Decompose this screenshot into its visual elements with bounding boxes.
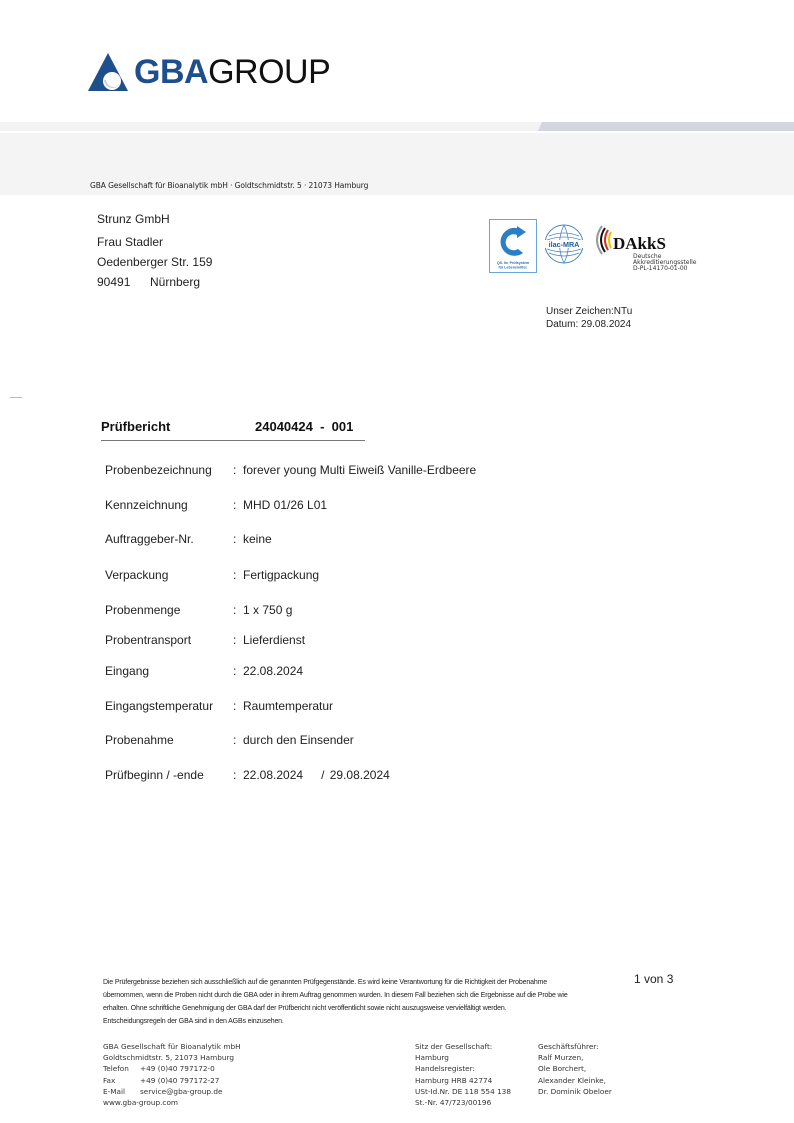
field-value-start: 22.08.2024 xyxy=(243,768,303,782)
field-value: Raumtemperatur xyxy=(243,699,333,713)
svg-text:D-PL-14170-01-00: D-PL-14170-01-00 xyxy=(633,265,688,272)
field-probentransport: Probentransport:Lieferdienst xyxy=(105,633,305,647)
footer-website-link[interactable]: www.gba-group.com xyxy=(103,1097,241,1108)
recipient-company: Strunz GmbH xyxy=(97,212,212,235)
recipient-contact: Frau Stadler xyxy=(97,235,212,255)
field-value: Fertigpackung xyxy=(243,568,319,582)
field-value-end: 29.08.2024 xyxy=(330,768,390,782)
recipient-zip: 90491 xyxy=(97,275,150,290)
field-verpackung: Verpackung:Fertigpackung xyxy=(105,568,319,582)
field-value: forever young Multi Eiweiß Vanille-Erdbe… xyxy=(243,463,476,477)
header-band-accent xyxy=(538,122,794,131)
field-value: 1 x 750 g xyxy=(243,603,292,617)
logo-brand-light: GROUP xyxy=(208,53,330,91)
report-number: 24040424 - 001 xyxy=(255,419,353,434)
field-pruefbeginn-ende: Prüfbeginn / -ende:22.08.2024/ 29.08.202… xyxy=(105,768,390,782)
document-date: Datum: 29.08.2024 xyxy=(546,318,632,331)
field-probenbezeichnung: Probenbezeichnung:forever young Multi Ei… xyxy=(105,463,476,477)
field-eingang: Eingang:22.08.2024 xyxy=(105,664,303,678)
field-value: Lieferdienst xyxy=(243,633,305,647)
qs-certification-logo: QS. Ihr Prüfsystem für Lebensmittel. xyxy=(489,219,537,273)
recipient-street: Oedenberger Str. 159 xyxy=(97,255,212,275)
footer-registry-info: Sitz der Gesellschaft: Hamburg Handelsre… xyxy=(415,1041,511,1108)
recipient-city: Nürnberg xyxy=(150,275,200,289)
svg-text:DAkkS: DAkkS xyxy=(613,234,666,253)
svg-text:QS. Ihr Prüfsystem: QS. Ihr Prüfsystem xyxy=(497,261,529,265)
sender-return-address: GBA Gesellschaft für Bioanalytik mbH · G… xyxy=(90,181,368,190)
footer-phone: +49 (0)40 797172-0 xyxy=(140,1064,215,1073)
field-value: MHD 01/26 L01 xyxy=(243,498,327,512)
ilac-globe-icon: ilac-MRA xyxy=(543,222,585,266)
field-value: 22.08.2024 xyxy=(243,664,303,678)
reference-block: Unser Zeichen:NTu Datum: 29.08.2024 xyxy=(546,305,632,331)
svg-text:für Lebensmittel.: für Lebensmittel. xyxy=(499,266,528,270)
qs-arrow-icon: QS. Ihr Prüfsystem für Lebensmittel. xyxy=(490,220,536,272)
field-value: durch den Einsender xyxy=(243,733,354,747)
our-reference: Unser Zeichen:NTu xyxy=(546,305,632,318)
gba-triangle-icon xyxy=(88,53,128,91)
footer-fax: +49 (0)40 797172-27 xyxy=(140,1076,219,1085)
report-heading: Prüfbericht 24040424 - 001 xyxy=(101,418,365,441)
field-probenahme: Probenahme:durch den Einsender xyxy=(105,733,354,747)
page-number: 1 von 3 xyxy=(634,972,673,986)
dakks-logo: DAkkS Deutsche Akkreditierungsstelle D-P… xyxy=(590,222,700,272)
field-value: keine xyxy=(243,532,272,546)
footer-management-info: Geschäftsführer: Ralf Murzen, Ole Borche… xyxy=(538,1041,612,1097)
field-auftraggeber-nr: Auftraggeber-Nr.:keine xyxy=(105,532,272,546)
ilac-mra-logo: ilac-MRA xyxy=(543,222,585,266)
svg-text:ilac-MRA: ilac-MRA xyxy=(549,240,580,249)
fold-mark xyxy=(10,397,22,398)
field-eingangstemperatur: Eingangstemperatur:Raumtemperatur xyxy=(105,699,333,713)
footer-email-link[interactable]: service@gba-group.de xyxy=(140,1087,222,1096)
logo-brand-bold: GBA xyxy=(134,53,208,91)
field-kennzeichnung: Kennzeichnung:MHD 01/26 L01 xyxy=(105,498,327,512)
report-title: Prüfbericht xyxy=(101,419,170,434)
field-probenmenge: Probenmenge:1 x 750 g xyxy=(105,603,292,617)
gba-group-logo: GBAGROUP xyxy=(88,52,330,92)
disclaimer: Die Prüfergebnisse beziehen sich ausschl… xyxy=(103,976,603,1028)
dakks-emblem-icon: DAkkS Deutsche Akkreditierungsstelle D-P… xyxy=(590,222,700,272)
footer-company-info: GBA Gesellschaft für Bioanalytik mbH Gol… xyxy=(103,1041,241,1108)
recipient-address: Strunz GmbH Frau Stadler Oedenberger Str… xyxy=(97,212,212,295)
